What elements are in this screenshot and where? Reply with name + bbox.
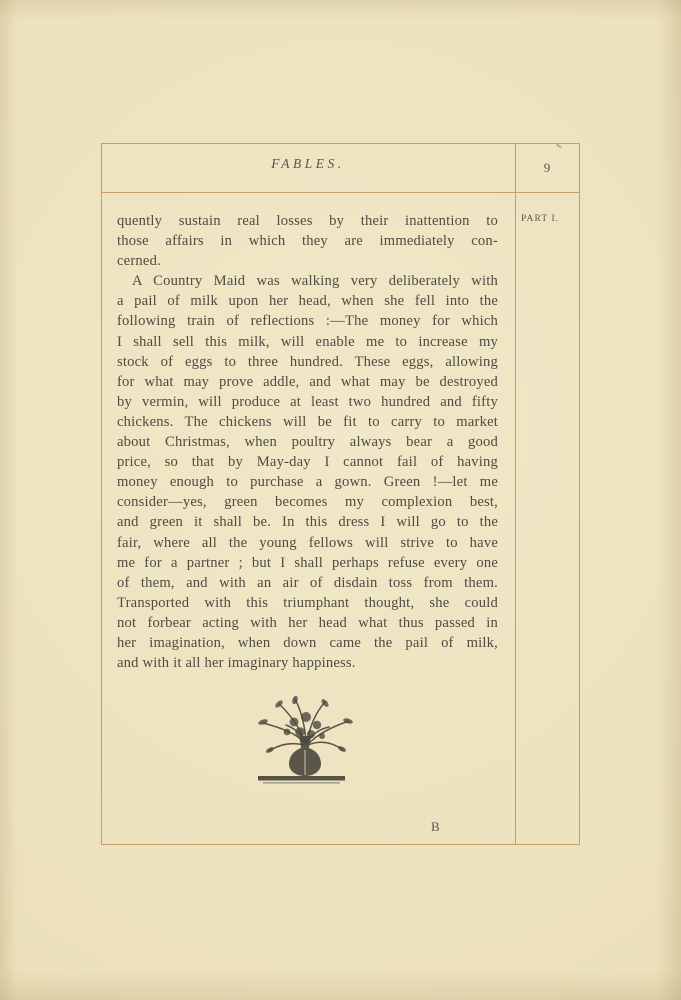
body-text-line: consider—yes, green becomes my complexio… xyxy=(117,492,498,512)
body-text-line: money enough to purchase a gown. Green !… xyxy=(117,472,498,492)
part-label: PART I. xyxy=(521,214,577,224)
body-text-line: by vermin, will produce at least two hun… xyxy=(117,392,498,412)
body-text-line: fair, where all the young fellows will s… xyxy=(117,533,498,553)
body-text-line: her imagination, when down came the pail… xyxy=(117,633,498,653)
signature-mark: B xyxy=(431,819,440,835)
header-rule xyxy=(101,192,580,193)
body-text-line: chickens. The chickens will be fit to ca… xyxy=(117,412,498,432)
body-text-line: a pail of milk upon her head, when she f… xyxy=(117,291,498,311)
body-text-line: price, so that by May-day I cannot fail … xyxy=(117,452,498,472)
body-text-line: and green it shall be. In this dress I w… xyxy=(117,512,498,532)
body-text-line: of them, and with an air of disdain toss… xyxy=(117,573,498,593)
body-text-line: those affairs in which they are immediat… xyxy=(117,231,498,251)
page-number: 9 xyxy=(515,160,579,176)
body-text-line: Transported with this triumphant thought… xyxy=(117,593,498,613)
body-text-line: and with it all her imaginary happiness. xyxy=(117,653,498,673)
body-text-line: cerned. xyxy=(117,251,498,271)
body-text-line: about Christmas, when poultry always bea… xyxy=(117,432,498,452)
body-text-line: stock of eggs to three hundred. These eg… xyxy=(117,352,498,372)
body-text-line: A Country Maid was walking very delibera… xyxy=(117,271,498,291)
margin-column-divider xyxy=(515,143,516,845)
body-text-line: not forbear acting with her head what th… xyxy=(117,613,498,633)
body-text-line: following train of reflections :—The mon… xyxy=(117,311,498,331)
body-text: quently sustain real losses by their ina… xyxy=(117,211,498,673)
running-head-title: FABLES. xyxy=(101,156,515,172)
body-text-line: I shall sell this milk, will enable me t… xyxy=(117,332,498,352)
body-text-line: me for a partner ; but I shall perhaps r… xyxy=(117,553,498,573)
scanned-book-page: FABLES. 9 PART I. quently sustain real l… xyxy=(0,0,681,1000)
body-text-line: for what may prove addle, and what may b… xyxy=(117,372,498,392)
body-text-line: quently sustain real losses by their ina… xyxy=(117,211,498,231)
flower-vase-illustration xyxy=(250,692,360,792)
